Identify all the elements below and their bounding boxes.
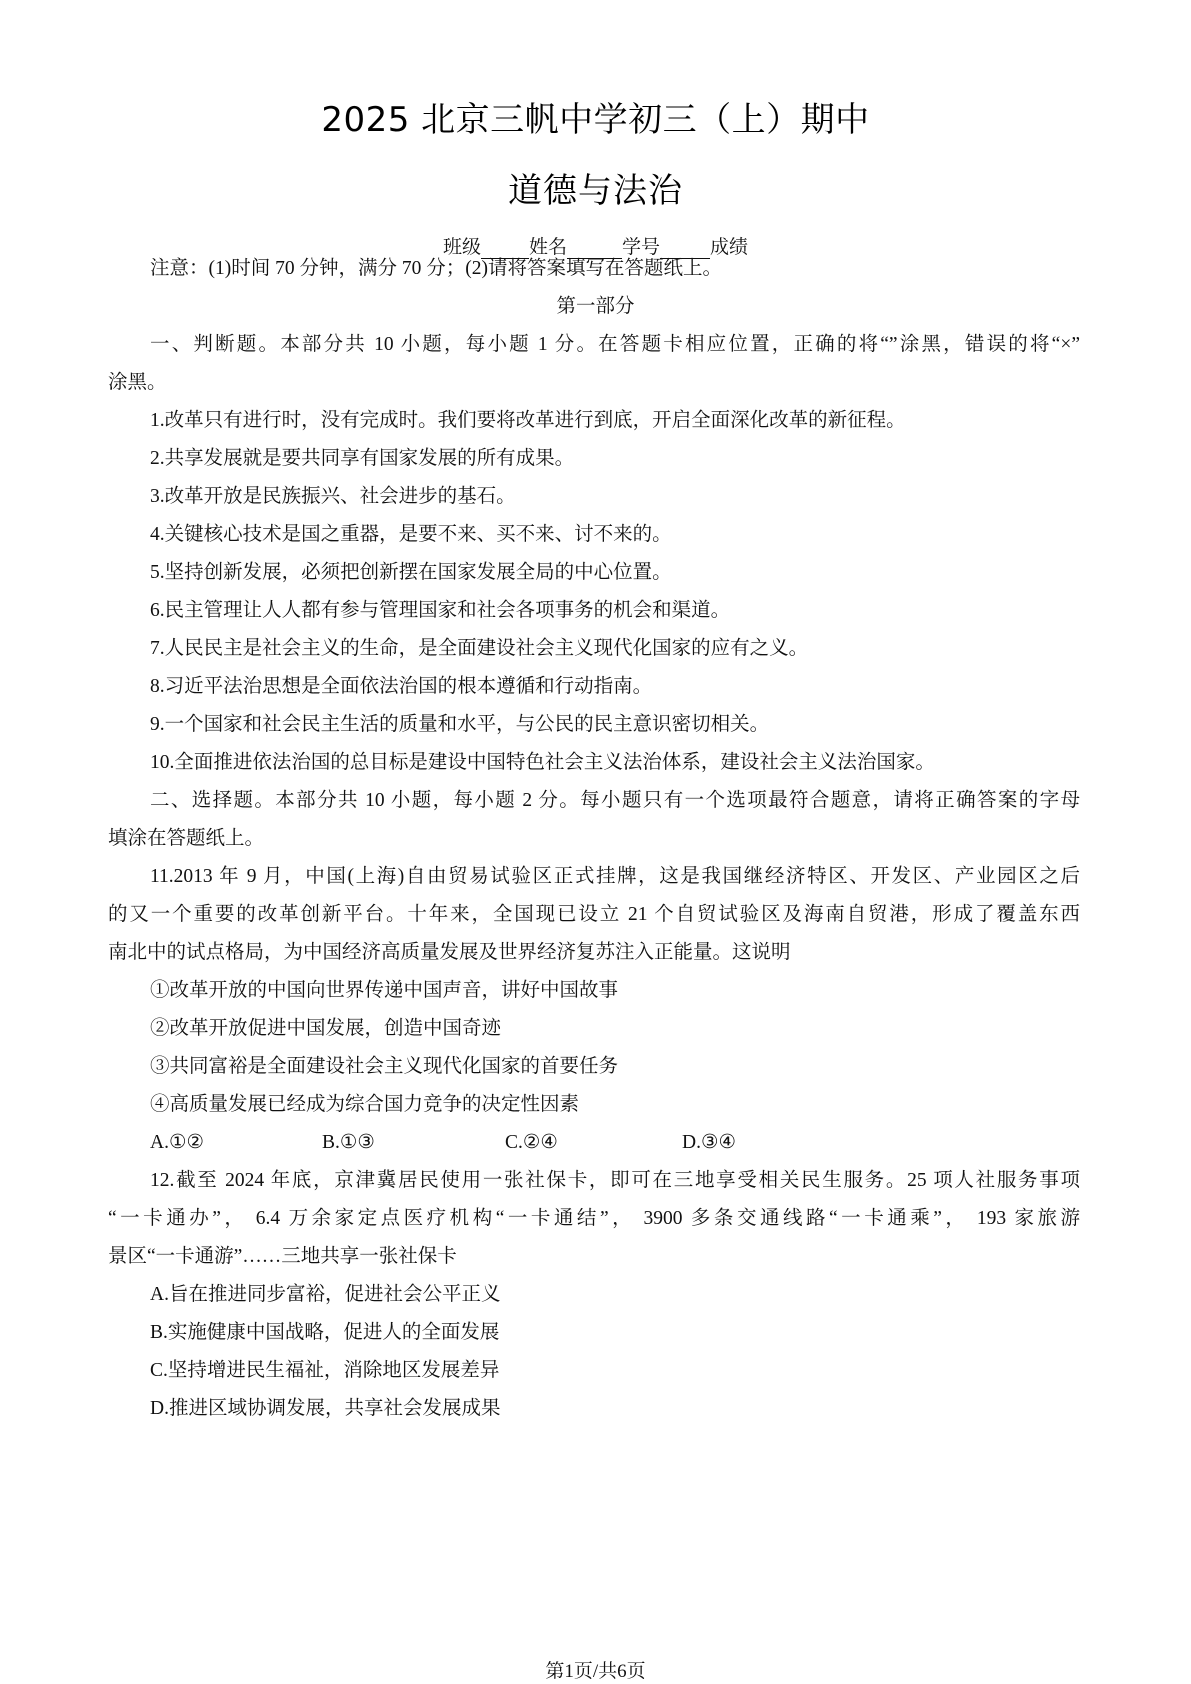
q12-stem-line-3: 景区“一卡通游”……三地共享一张社保卡	[108, 1244, 457, 1270]
q12-option-d[interactable]: D.推进区域协调发展，共享社会发展成果	[150, 1396, 500, 1422]
section1-instructions-cont: 涂黑。	[108, 370, 167, 396]
judgment-item-9: 9.一个国家和社会民主生活的质量和水平，与公民的民主意识密切相关。	[150, 712, 769, 738]
student-id-label: 学号	[622, 237, 660, 258]
student-info-line: 班级姓名学号成绩	[0, 232, 1191, 259]
part-heading: 第一部分	[0, 294, 1191, 320]
q12-stem-line-1: 12.截至 2024 年底，京津冀居民使用一张社保卡，即可在三地享受相关民生服务…	[150, 1168, 1080, 1194]
q12-option-c[interactable]: C.坚持增进民生福祉，消除地区发展差异	[150, 1358, 499, 1384]
judgment-item-7: 7.人民民主是社会主义的生命，是全面建设社会主义现代化国家的应有之义。	[150, 636, 808, 662]
q11-stem-line-3: 南北中的试点格局，为中国经济高质量发展及世界经济复苏注入正能量。这说明	[108, 940, 791, 966]
section1-instructions: 一、判断题。本部分共 10 小题，每小题 1 分。在答题卡相应位置，正确的将“”…	[150, 332, 1080, 358]
class-label: 班级	[443, 237, 481, 258]
q11-stem-line-2: 的又一个重要的改革创新平台。十年来，全国现已设立 21 个自贸试验区及海南自贸港…	[108, 902, 1080, 928]
q11-option-d[interactable]: D.③④	[682, 1130, 736, 1156]
q12-option-a[interactable]: A.旨在推进同步富裕，促进社会公平正义	[150, 1282, 500, 1308]
score-label: 成绩	[710, 237, 748, 258]
q11-statement-3: ③共同富裕是全面建设社会主义现代化国家的首要任务	[150, 1054, 618, 1080]
section2-instructions-cont: 填涂在答题纸上。	[108, 826, 264, 852]
page-indicator: 第1页/共6页	[0, 1656, 1191, 1683]
judgment-item-1: 1.改革只有进行时，没有完成时。我们要将改革进行到底，开启全面深化改革的新征程。	[150, 408, 906, 434]
q12-stem-line-2: “一卡通办”， 6.4 万余家定点医疗机构“一卡通结”， 3900 多条交通线路…	[108, 1206, 1080, 1232]
judgment-item-2: 2.共享发展就是要共同享有国家发展的所有成果。	[150, 446, 574, 472]
subject-title: 道德与法治	[0, 163, 1191, 212]
q11-stem-line-1: 11.2013 年 9 月，中国(上海)自由贸易试验区正式挂牌，这是我国继经济特…	[150, 864, 1080, 890]
judgment-item-6: 6.民主管理让人人都有参与管理国家和社会各项事务的机会和渠道。	[150, 598, 730, 624]
exam-page: 2025 北京三帆中学初三（上）期中 道德与法治 班级姓名学号成绩 注意：(1)…	[0, 0, 1191, 1684]
q11-option-b[interactable]: B.①③	[322, 1130, 375, 1156]
judgment-item-8: 8.习近平法治思想是全面依法治国的根本遵循和行动指南。	[150, 674, 652, 700]
section2-instructions: 二、选择题。本部分共 10 小题，每小题 2 分。每小题只有一个选项最符合题意，…	[150, 788, 1080, 814]
exam-notice: 注意：(1)时间 70 分钟，满分 70 分；(2)请将答案填写在答题纸上。	[150, 256, 722, 282]
name-label: 姓名	[529, 237, 567, 258]
q11-option-a[interactable]: A.①②	[150, 1130, 204, 1156]
q11-statement-2: ②改革开放促进中国发展，创造中国奇迹	[150, 1016, 501, 1042]
judgment-item-4: 4.关键核心技术是国之重器，是要不来、买不来、讨不来的。	[150, 522, 672, 548]
q12-option-b[interactable]: B.实施健康中国战略，促进人的全面发展	[150, 1320, 499, 1346]
judgment-item-3: 3.改革开放是民族振兴、社会进步的基石。	[150, 484, 516, 510]
q11-statement-1: ①改革开放的中国向世界传递中国声音，讲好中国故事	[150, 978, 618, 1004]
exam-title: 2025 北京三帆中学初三（上）期中	[0, 92, 1191, 141]
q11-option-c[interactable]: C.②④	[505, 1130, 558, 1156]
judgment-item-10: 10.全面推进依法治国的总目标是建设中国特色社会主义法治体系，建设社会主义法治国…	[150, 750, 935, 776]
judgment-item-5: 5.坚持创新发展，必须把创新摆在国家发展全局的中心位置。	[150, 560, 672, 586]
q11-statement-4: ④高质量发展已经成为综合国力竞争的决定性因素	[150, 1092, 579, 1118]
